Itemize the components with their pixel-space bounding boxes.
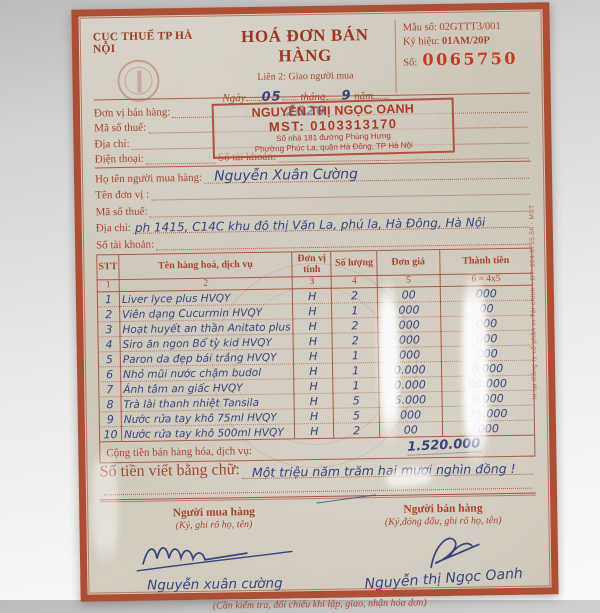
header-right: Mẫu số: 02GTTT3/001 Ký hiệu: 01AM/20P Số… [395,18,530,93]
row-unit-price: 000 [378,346,441,362]
invoice-title: HOÁ ĐƠN BÁN HÀNG [215,25,396,68]
row-amount: 000 [441,315,533,331]
copy-note: Liên 2: Giao người mua [215,70,395,84]
row-qty: 5 [333,392,379,408]
items-table: STT Tên hàng hoá, dịch vụ Đơn vị tính Số… [96,247,535,442]
seller-phone-label: Điện thoại: [95,153,144,166]
row-amount: 000 [442,420,534,436]
serial-value: 01AM/20P [442,35,490,47]
row-unit-price: 0.000 [378,361,441,377]
row-unit: H [294,408,334,424]
row-amount: 00.000 [441,375,533,391]
row-unit-price: 5.000 [379,391,442,407]
row-amount: 0.000 [442,390,534,406]
row-unit: H [294,363,334,379]
buyer-section: Họ tên người mua hàng: Nguyễn Xuân Cường… [95,162,532,251]
buyer-unit-label: Tên đơn vị : [95,189,149,202]
buyer-name-value: Nguyễn Xuân Cường [214,166,358,184]
tax-agency-name: CỤC THUẾ TP HÀ NỘI [93,30,215,56]
row-unit: H [293,303,333,319]
row-amount: 000 [441,345,533,361]
row-qty: 1 [333,362,379,378]
seller-signature-block: Người bán hàng (Ký,đóng dấu, ghi rõ họ, … [364,501,524,589]
buyer-sig-note: (Ký, ghi rõ họ, tên) [126,518,301,532]
row-unit-price: 0.000 [378,376,441,392]
invoice-content: CỤC THUẾ TP HÀ NỘI HOÁ ĐƠN BÁN HÀNG Liên… [81,11,550,592]
buyer-name-label: Họ tên người mua hàng: [95,171,202,185]
row-unit-price: 00 [377,286,440,302]
row-unit: H [293,318,333,334]
row-stt: 7 [99,381,121,396]
invoice-no-value: 0065750 [422,49,518,69]
seller-stamp: NGUYỄN THỊ NGỌC OANH MST: 0103313170 Số … [212,98,455,159]
header-left: CỤC THUẾ TP HÀ NỘI [93,23,216,98]
row-stt: 4 [98,336,120,351]
row-unit-price: 000 [378,316,441,332]
row-qty: 1 [333,377,379,393]
row-amount: 0.000 [441,360,533,376]
col-num-5: 5 [377,274,440,287]
buyer-signature-block: Người mua hàng (Ký, ghi rõ họ, tên) Nguy… [126,505,302,594]
invoice-paper: In tại Công ty cổ phần in Tài chính - ĐT… [71,2,558,600]
row-unit-price: 000 [379,406,442,422]
col-header-amount: Thành tiền [439,248,532,274]
row-unit-price: 000 [378,331,441,347]
seller-sig-title: Người bán hàng [364,501,523,515]
seller-tax-label: Mã số thuế: [94,122,146,135]
items-body: 1Liver lyce plus HVQYH2000002Viên dạng C… [97,285,534,442]
row-qty: 2 [332,317,378,333]
amount-words-label: Số tiền viết bằng chữ: [100,461,240,481]
col-num-4: 4 [332,275,378,288]
row-qty: 2 [332,287,378,303]
row-stt: 3 [98,321,120,336]
row-qty: 1 [333,347,379,363]
seller-section: NGUYỄN THỊ NGỌC OANH MST: 0103313170 Số … [94,94,531,169]
row-unit: H [294,378,334,394]
row-qty: 2 [334,422,380,438]
buyer-signed-name: Nguyễn xuân cường [127,575,302,594]
total-value: 1.520.000 [407,436,481,456]
row-stt: 2 [98,306,120,321]
buyer-tax-label: Mã số thuế: [95,205,147,218]
invoice-header: CỤC THUẾ TP HÀ NỘI HOÁ ĐƠN BÁN HÀNG Liên… [93,18,530,101]
col-header-price: Đơn giá [376,249,439,275]
invoice-no-label: Số: [403,57,417,68]
row-qty: 1 [332,302,378,318]
row-amount: 000 [441,330,533,346]
form-no-value: 02GTTT3/001 [439,21,500,33]
row-amount: 000 [440,285,532,301]
col-header-name: Tên hàng hoá, dịch vụ [119,251,293,279]
row-amount: 75.000 [442,405,534,421]
buyer-signature-icon [127,531,303,580]
row-stt: 8 [99,396,121,411]
row-qty: 5 [334,407,380,423]
row-unit: H [293,333,333,349]
buyer-address-label: Địa chỉ: [96,222,131,235]
seller-address-label: Địa chỉ: [94,137,129,150]
row-unit: H [294,393,334,409]
check-note: (Cần kiểm tra, đối chiếu khi lập, giao, … [102,595,538,600]
col-header-qty: Số lượng [331,250,377,276]
row-unit-price: 00 [379,421,442,437]
seller-unit-label: Đơn vị bán hàng: [94,106,171,119]
serial-label: Ký hiệu: [403,36,440,48]
row-amount: 00 [440,300,532,316]
col-num-3: 3 [292,276,331,289]
seller-sig-note: (Ký,đóng dấu, ghi rõ họ, tên) [364,514,523,527]
row-unit: H [295,423,335,439]
col-header-stt: STT [97,254,119,279]
row-unit: H [292,288,332,304]
col-num-1: 1 [97,279,119,291]
buyer-account-label: Số tài khoản: [96,238,154,251]
header-center: HOÁ ĐƠN BÁN HÀNG Liên 2: Giao người mua … [215,20,396,96]
total-label: Cộng tiền bán hàng hóa, dịch vụ: [106,445,252,459]
tax-emblem-icon [117,59,160,102]
form-no-label: Mẫu số: [403,22,437,34]
row-stt: 1 [97,291,119,306]
row-stt: 10 [99,426,121,441]
row-stt: 9 [99,411,121,426]
row-unit: H [293,348,333,364]
row-unit-price: 000 [377,301,440,317]
row-stt: 5 [98,351,120,366]
row-qty: 2 [332,332,378,348]
signature-section: Người mua hàng (Ký, ghi rõ họ, tên) Nguy… [100,495,537,594]
row-stt: 6 [98,366,120,381]
col-header-unit: Đơn vị tính [292,251,332,277]
